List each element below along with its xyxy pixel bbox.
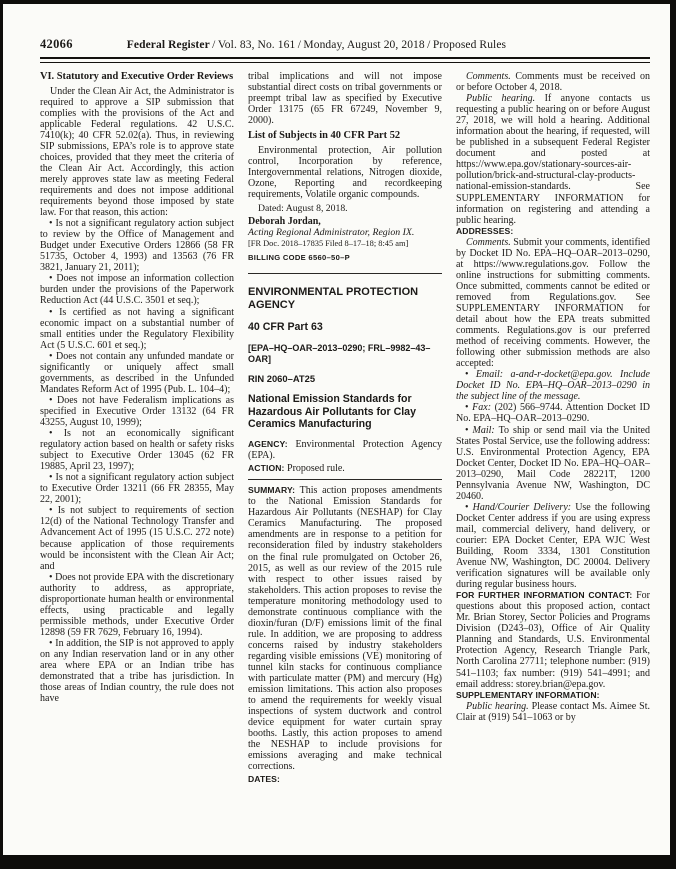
- column-left: VI. Statutory and Executive Order Review…: [40, 71, 234, 786]
- agency-heading: ENVIRONMENTAL PROTECTION AGENCY: [248, 286, 442, 311]
- subjects-heading: List of Subjects in 40 CFR Part 52: [248, 130, 442, 142]
- bullet-item-mail: Mail: To ship or send mail via the Unite…: [456, 425, 650, 502]
- page-number: 42066: [40, 37, 73, 51]
- contact-paragraph: FOR FURTHER INFORMATION CONTACT: For que…: [456, 590, 650, 689]
- agency-paragraph: AGENCY: Environmental Protection Agency …: [248, 439, 442, 461]
- email-lead: Email:: [476, 369, 503, 380]
- dates-paragraph: DATES:: [248, 774, 442, 785]
- summary-text: This action proposes amendments to the N…: [248, 485, 442, 772]
- section-heading: VI. Statutory and Executive Order Review…: [40, 71, 234, 83]
- bullet-item: Is not subject to requirements of sectio…: [40, 505, 234, 571]
- courier-text: Use the following Docket Center address …: [456, 502, 650, 590]
- docket-number-line: [EPA–HQ–OAR–2013–0290; FRL–9982–43–OAR]: [248, 343, 442, 364]
- masthead-issue: / Vol. 83, No. 161 / Monday, August 20, …: [210, 39, 506, 51]
- supp-lead: Public hearing.: [466, 701, 529, 712]
- action-label: ACTION:: [248, 463, 285, 473]
- public-hearing-paragraph: Public hearing. If anyone contacts us re…: [456, 93, 650, 226]
- header-double-rule: [40, 57, 650, 63]
- dated-line: Dated: August 8, 2018.: [248, 203, 442, 214]
- column-middle: tribal implications and will not impose …: [248, 71, 442, 786]
- hearing-text: If anyone contacts us requesting a publi…: [456, 93, 650, 226]
- fax-lead: Fax:: [472, 402, 491, 413]
- supplementary-label: SUPPLEMENTARY INFORMATION:: [456, 690, 600, 700]
- courier-lead: Hand/Courier Delivery:: [473, 502, 572, 513]
- comments-lead: Comments.: [466, 71, 511, 82]
- signature-name: Deborah Jordan,: [248, 216, 442, 227]
- addresses-paragraph: ADDRESSES:: [456, 226, 650, 237]
- bullet-item: Does not impose an information collectio…: [40, 273, 234, 306]
- signature-title: Acting Regional Administrator, Region IX…: [248, 227, 442, 238]
- contact-text: For questions about this proposed action…: [456, 590, 650, 689]
- action-paragraph: ACTION: Proposed rule.: [248, 463, 442, 474]
- supplementary-hearing-paragraph: Public hearing. Please contact Ms. Aimee…: [456, 701, 650, 723]
- billing-code: BILLING CODE 6560–50–P: [248, 252, 442, 263]
- bullet-item-fax: Fax: (202) 566–9744. Attention Docket ID…: [456, 402, 650, 424]
- submit-text: Submit your comments, identified by Dock…: [456, 237, 650, 370]
- bullet-item: Is not a significant regulatory action s…: [40, 218, 234, 273]
- paragraph-continuation: tribal implications and will not impose …: [248, 71, 442, 126]
- frdoc-line: [FR Doc. 2018–17835 Filed 8–17–18; 8:45 …: [248, 239, 442, 249]
- paragraph: Under the Clean Air Act, the Administrat…: [40, 86, 234, 219]
- masthead-title: Federal Register: [127, 39, 210, 51]
- comments-due-paragraph: Comments. Comments must be received on o…: [456, 71, 650, 93]
- rin-line: RIN 2060–AT25: [248, 373, 442, 384]
- running-head: 42066 Federal Register / Vol. 83, No. 16…: [40, 37, 650, 52]
- mail-lead: Mail:: [473, 425, 495, 436]
- document-page: 42066 Federal Register / Vol. 83, No. 16…: [3, 4, 670, 855]
- hearing-lead: Public hearing.: [466, 93, 535, 104]
- action-text: Proposed rule.: [287, 463, 345, 474]
- mail-text: To ship or send mail via the United Stat…: [456, 425, 650, 502]
- agency-label: AGENCY:: [248, 439, 288, 449]
- columns: VI. Statutory and Executive Order Review…: [40, 71, 650, 786]
- addresses-label: ADDRESSES:: [456, 226, 513, 236]
- bullet-item: Does not contain any unfunded mandate or…: [40, 351, 234, 395]
- bullet-item: Is not a significant regulatory action s…: [40, 472, 234, 505]
- document-separator-rule: [248, 273, 442, 274]
- bullet-item-courier: Hand/Courier Delivery: Use the following…: [456, 502, 650, 590]
- summary-separator-rule: [248, 479, 442, 480]
- masthead: Federal Register / Vol. 83, No. 161 / Mo…: [127, 38, 506, 52]
- supplementary-label-paragraph: SUPPLEMENTARY INFORMATION:: [456, 690, 650, 701]
- bullet-item: Is not an economically significant regul…: [40, 428, 234, 472]
- submit-comments-paragraph: Comments. Submit your comments, identifi…: [456, 237, 650, 370]
- column-right: Comments. Comments must be received on o…: [456, 71, 650, 786]
- bullet-item-email: Email: a-and-r-docket@epa.gov. Include D…: [456, 369, 650, 402]
- dates-label: DATES:: [248, 774, 280, 784]
- contact-label: FOR FURTHER INFORMATION CONTACT:: [456, 590, 632, 600]
- bullet-item: Does not have Federalism implications as…: [40, 395, 234, 428]
- summary-label: SUMMARY:: [248, 485, 295, 495]
- submit-lead: Comments.: [466, 237, 511, 248]
- rule-title: National Emission Standards for Hazardou…: [248, 393, 442, 430]
- bullet-item: Is certified as not having a significant…: [40, 307, 234, 351]
- cfr-part-heading: 40 CFR Part 63: [248, 321, 442, 333]
- subjects-paragraph: Environmental protection, Air pollution …: [248, 145, 442, 200]
- bullet-item: Does not provide EPA with the discretion…: [40, 572, 234, 638]
- bullet-item: In addition, the SIP is not approved to …: [40, 638, 234, 704]
- summary-paragraph: SUMMARY: This action proposes amendments…: [248, 485, 442, 772]
